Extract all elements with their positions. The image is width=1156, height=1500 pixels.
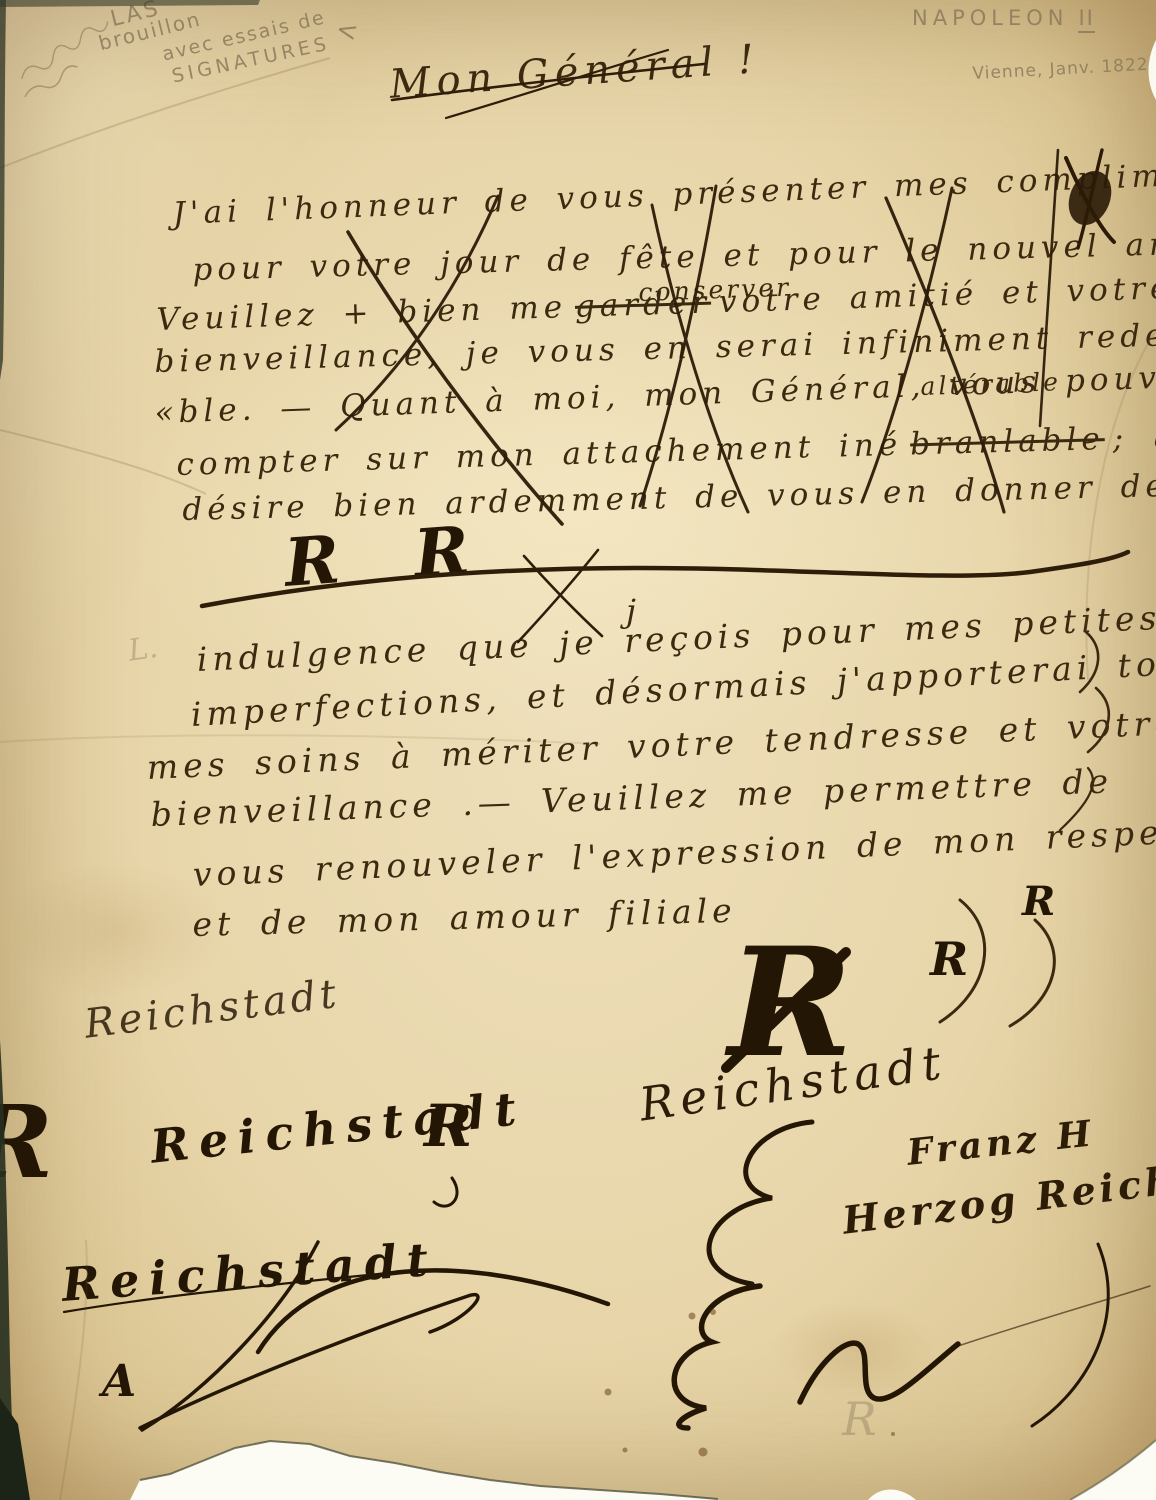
torn-edge (130, 1441, 720, 1500)
pencil-note-date: Vienne, Janv. 1822 ! (972, 54, 1156, 84)
stain (303, 1449, 310, 1456)
pencil-l-mark: L. (126, 630, 160, 669)
signature-left-small-r: R (424, 1092, 472, 1160)
p1-line1: J'ai l'honneur de vous présenter mes com… (172, 155, 1156, 232)
pencil-note-napoleon: NAPOLEONII (912, 6, 1095, 30)
stain (710, 1309, 716, 1315)
torn-corner-shadow (1070, 1440, 1156, 1500)
signature-small-r1: R (930, 932, 968, 986)
torn-nick (868, 1490, 916, 1500)
p1-line6-struck-word: branlable (910, 421, 1106, 462)
crease (0, 430, 206, 494)
edge (0, 0, 6, 380)
pencil-r-faint: R (842, 1392, 877, 1446)
p1-line6-post: ; qui (1112, 418, 1156, 457)
stain (623, 1448, 628, 1453)
napoleon-numeral: II (1078, 6, 1094, 33)
stroke (1010, 920, 1054, 1026)
stain (689, 1313, 696, 1320)
stroke (1032, 1244, 1108, 1426)
signature-franz: Franz H (905, 1112, 1097, 1173)
edge (0, 1398, 30, 1500)
stain-spots (303, 1309, 896, 1457)
stroke (434, 1178, 457, 1206)
stain (699, 1448, 708, 1457)
signature-herzog: Herzog Reichs (840, 1154, 1156, 1243)
stain (605, 1389, 612, 1396)
n-flourish (800, 1343, 958, 1402)
p2-line6: et de mon amour filiale (192, 891, 737, 944)
torn-corner (1070, 1440, 1156, 1500)
stroke (958, 1286, 1150, 1346)
stroke (140, 1295, 478, 1428)
napoleon-label: NAPOLEON (912, 6, 1068, 30)
p1-line3-struck-word: garder (574, 285, 711, 325)
practice-double-r: R R (282, 509, 498, 602)
torn-edge-shadow (140, 1441, 718, 1499)
p1-line3-pre: Veuillez + bien me (156, 289, 568, 338)
p1-line6-pre: compter sur mon attachement iné (176, 427, 903, 483)
signature-left-attempt1: Reichstadt (82, 971, 343, 1048)
signature-left-initial-r: R (0, 1092, 53, 1192)
signature-small-r2: R (1022, 878, 1055, 925)
stroke (21, 64, 81, 98)
stain (891, 1432, 895, 1436)
signature-left-a: A (102, 1356, 136, 1407)
crease (0, 58, 330, 168)
pencil-arrow-mark: < (333, 14, 361, 48)
big-e-upper (709, 1122, 812, 1284)
big-e-lower (674, 1286, 760, 1428)
signature-left-attempt3: Reichstadt (60, 1232, 440, 1312)
letter-page: LAS brouillon avec essais de SIGNATURES … (0, 0, 1156, 1500)
letter-salutation: Mon Général ! (388, 36, 761, 108)
